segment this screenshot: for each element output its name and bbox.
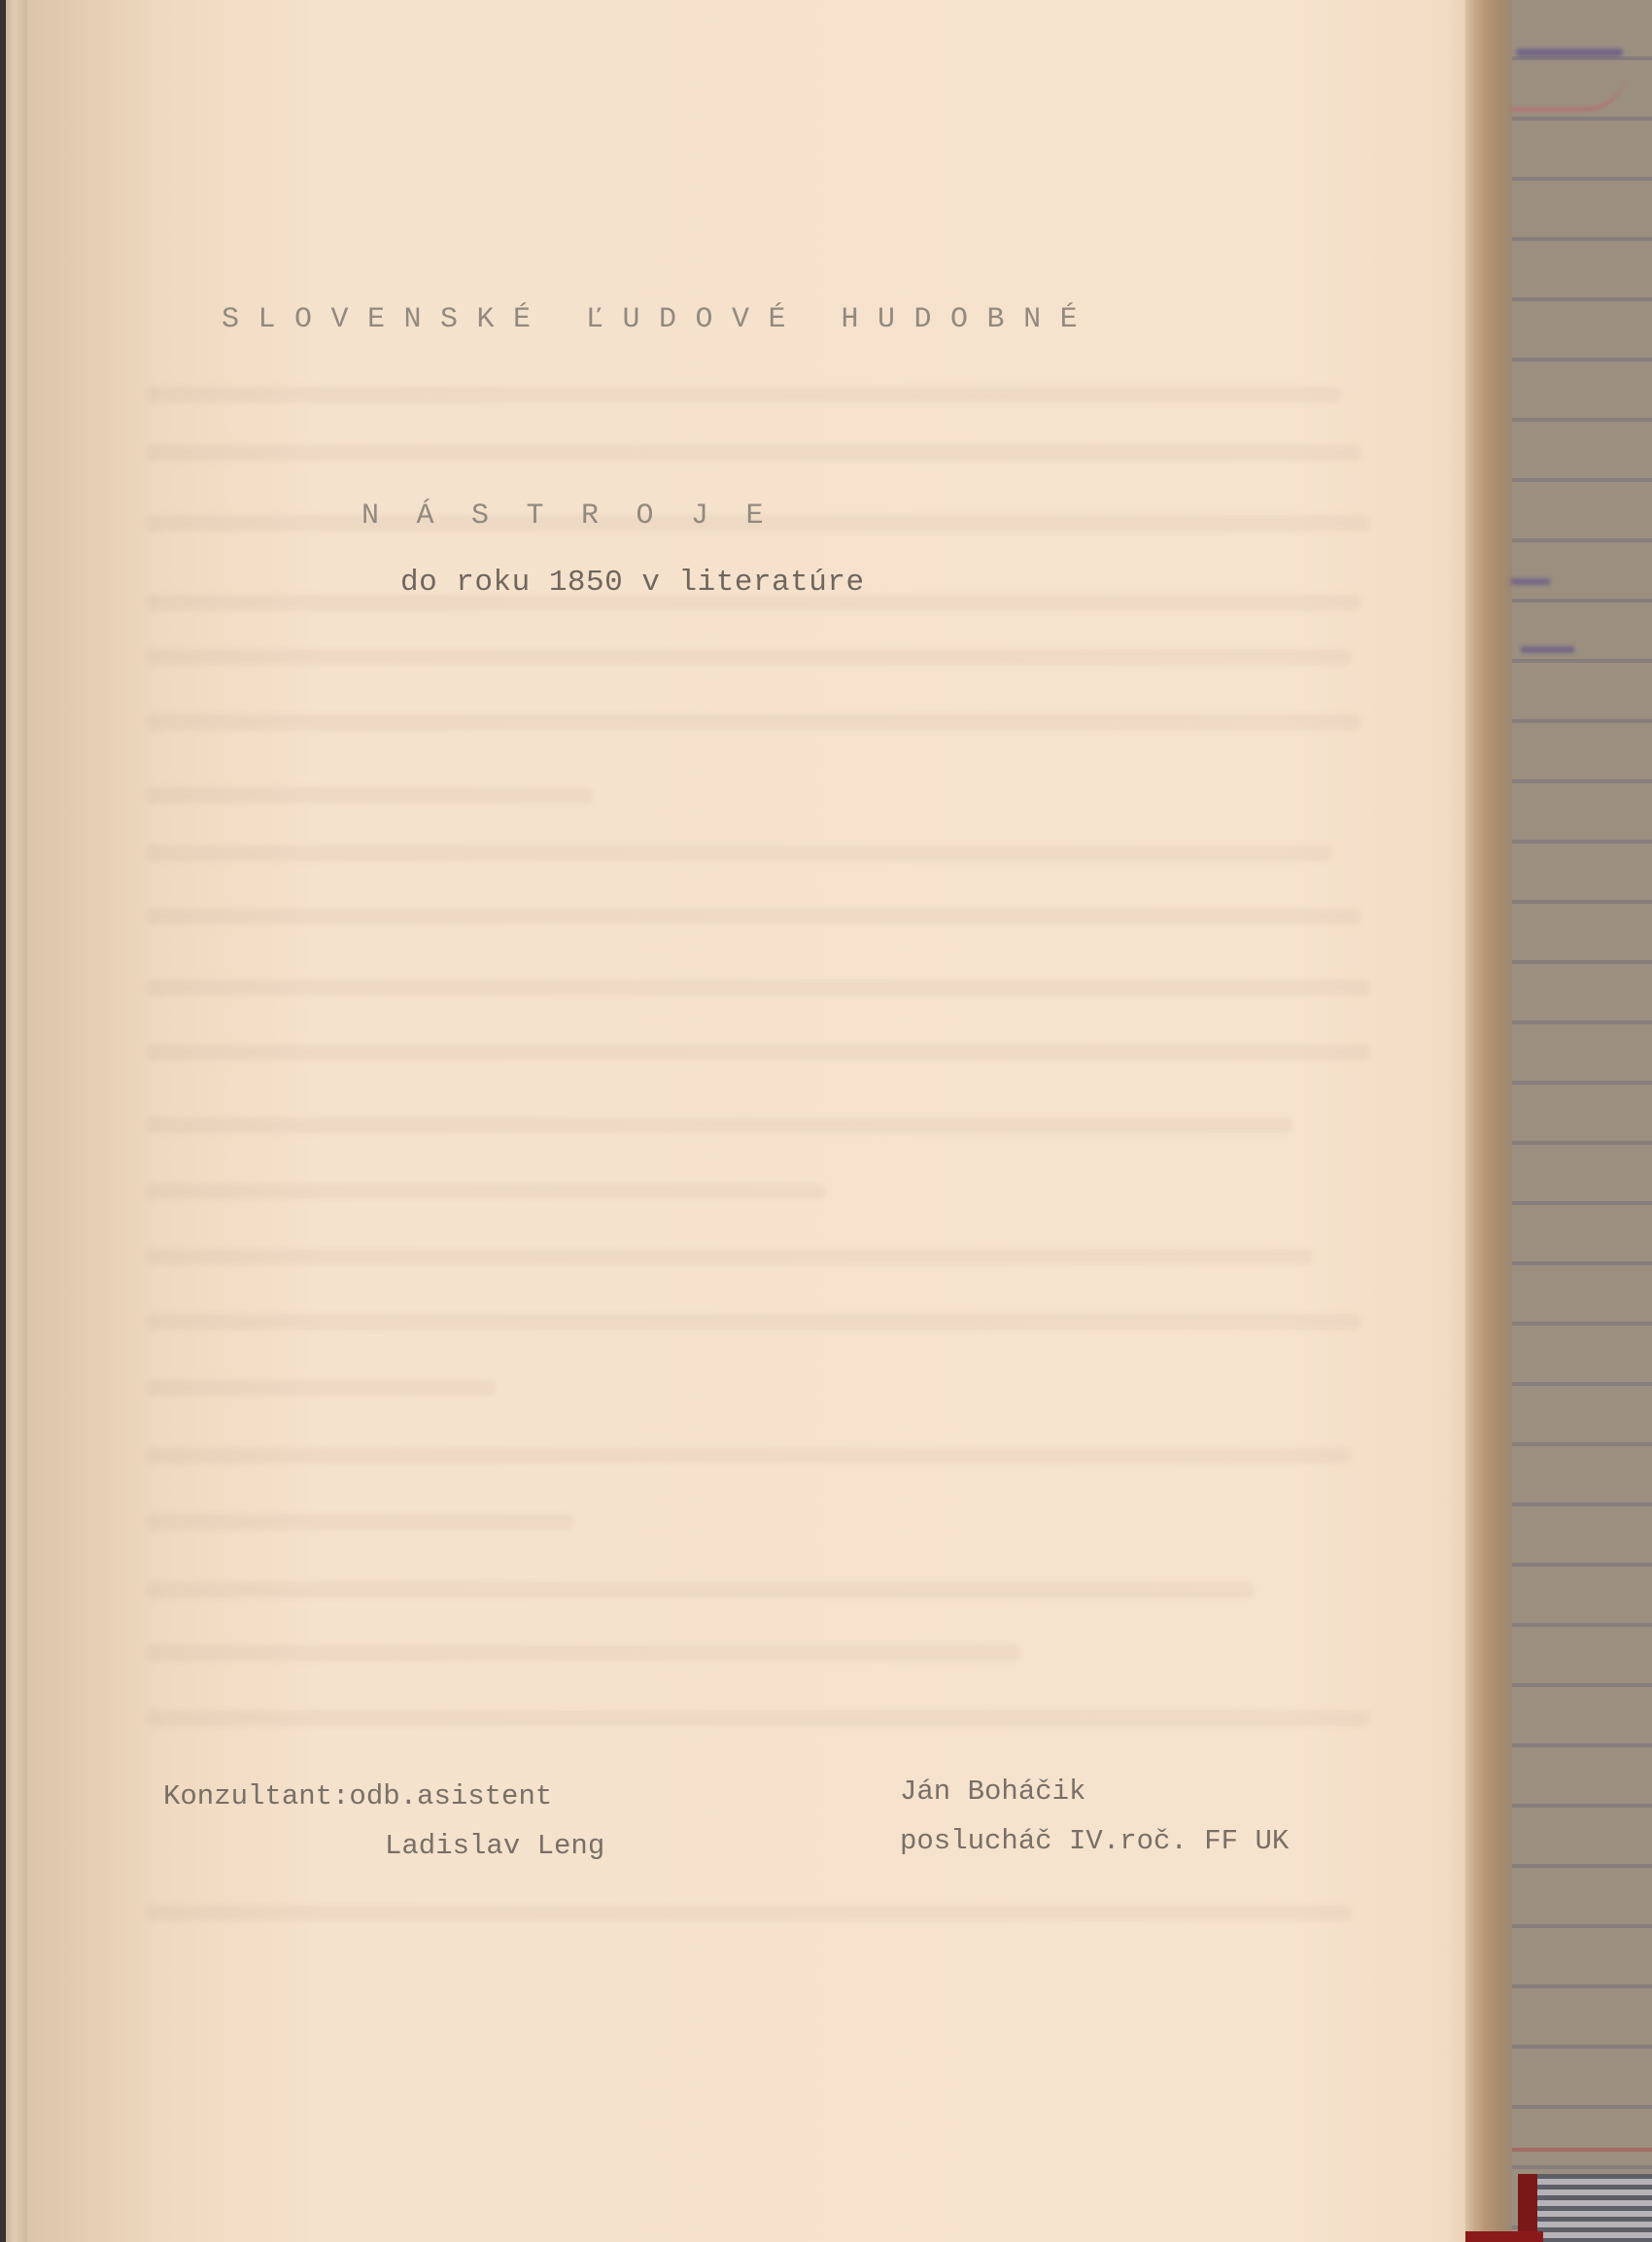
ink-mark — [1521, 646, 1574, 653]
bleed-through-line — [146, 714, 1360, 730]
bleed-through-line — [146, 1448, 1351, 1464]
author-name: Ján Boháčik — [900, 1776, 1085, 1808]
notebook-cover-edge — [1465, 2231, 1543, 2242]
notebook-page-edges — [1537, 2174, 1652, 2242]
subtitle: do roku 1850 v literatúre — [400, 566, 865, 600]
bleed-through-line — [146, 980, 1370, 995]
ink-mark — [1511, 578, 1550, 585]
author-affiliation: poslucháč IV.roč. FF UK — [900, 1825, 1289, 1857]
bleed-through-line — [146, 787, 593, 803]
title-line-1: SLOVENSKÉ ĽUDOVÉ HUDOBNÉ — [222, 303, 1096, 336]
bleed-through-line — [146, 1314, 1360, 1329]
bleed-through-line — [146, 1514, 573, 1530]
title-line-2: NÁSTROJE — [361, 500, 801, 533]
bleed-through-line — [146, 387, 1341, 402]
bleed-through-line — [146, 1710, 1370, 1726]
bleed-through-line — [146, 445, 1360, 461]
bleed-through-line — [146, 1380, 496, 1396]
bleed-through-line — [146, 1905, 1351, 1920]
bleed-through-line — [146, 1045, 1370, 1060]
consultant-role: Konzultant:odb.asistent — [163, 1780, 552, 1812]
notebook-margin-line — [1512, 2148, 1652, 2152]
consultant-name: Ladislav Leng — [385, 1830, 604, 1862]
bleed-through-line — [146, 1582, 1254, 1598]
bleed-through-line — [146, 1249, 1312, 1264]
bleed-through-line — [146, 1645, 1020, 1661]
bleed-through-line — [146, 909, 1360, 924]
lined-notebook-background — [1512, 0, 1652, 2242]
bleed-through-line — [146, 1184, 826, 1199]
page-edge-shadow — [1465, 0, 1512, 2242]
ink-mark — [1516, 49, 1623, 56]
bleed-through-line — [146, 649, 1351, 665]
bleed-through-line — [146, 845, 1331, 861]
page-binding-edge — [6, 0, 27, 2242]
bleed-through-line — [146, 1118, 1292, 1133]
